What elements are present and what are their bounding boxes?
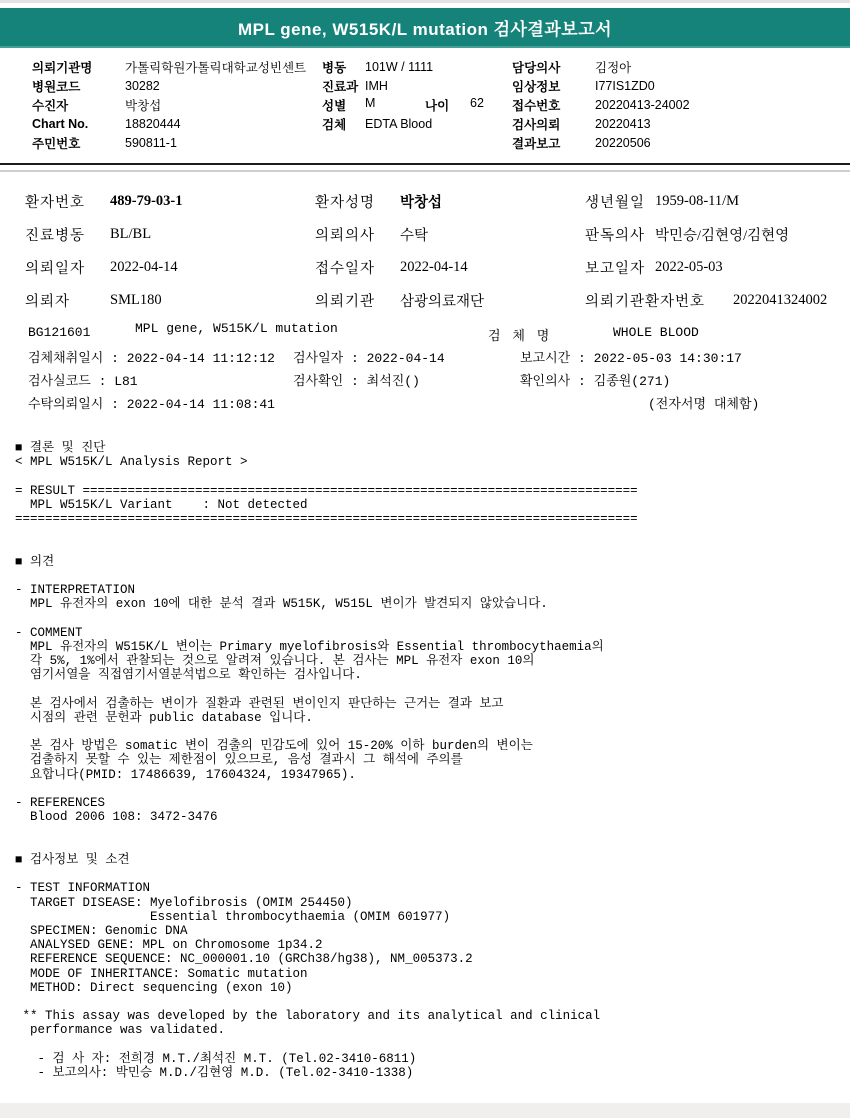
care-ward-label: 진료병동 — [25, 224, 110, 245]
report-body-text: ■ 결론 및 진단 < MPL W515K/L Analysis Report … — [15, 441, 850, 1080]
attending-doctor-value: 김정아 — [595, 58, 850, 76]
patient-row-2: 진료병동 BL/BL 의뢰의사 수탁 판독의사 박민승/김현영/김현영 — [0, 218, 850, 251]
result-report-date-value: 20220506 — [595, 136, 850, 150]
reviewing-doctor-label: 판독의사 — [585, 224, 655, 245]
requesting-doctor-value: 수탁 — [400, 224, 585, 245]
sex-value: M — [365, 96, 425, 114]
specimen-label: 검체 — [322, 115, 365, 133]
request-date-value: 2022-04-14 — [110, 259, 315, 276]
attending-doctor-label: 담당의사 — [512, 58, 595, 76]
header-info: 의뢰기관명 가톨릭학원가톨릭대학교성빈센트 병동 101W / 1111 담당의… — [0, 48, 850, 152]
test-name: MPL gene, W515K/L mutation — [135, 321, 338, 336]
patient-info: 환자번호 489-79-03-1 환자성명 박창섭 생년월일 1959-08-1… — [0, 185, 850, 317]
patient-row-4: 의뢰자 SML180 의뢰기관 삼광의료재단 의뢰기관환자번호 20220413… — [0, 284, 850, 317]
test-request-date-label: 검사의뢰 — [512, 115, 595, 133]
institution-patient-number-label: 의뢰기관환자번호 — [585, 290, 733, 311]
receipt-date-label: 접수일자 — [315, 257, 400, 278]
electronic-signature-note: (전자서명 대체함) — [648, 393, 759, 412]
age-value: 62 — [470, 96, 484, 114]
requester-value: SML180 — [110, 292, 315, 309]
requesting-org-value: 가톨릭학원가톨릭대학교성빈센트 — [125, 58, 322, 76]
header-row-chart: Chart No. 18820444 검체 EDTA Blood 검사의뢰 20… — [0, 114, 850, 133]
confirming-doctor: 확인의사 : 김종원(271) — [520, 370, 670, 389]
report-page: MPL gene, W515K/L mutation 검사결과보고서 의뢰기관명… — [0, 0, 850, 1118]
clinical-info-label: 임상정보 — [512, 77, 595, 95]
requesting-institution-value: 삼광의료재단 — [400, 290, 585, 311]
patient-name-value: 박창섭 — [400, 191, 585, 212]
header-row-hospital-code: 병원코드 30282 진료과 IMH 임상정보 I77IS1ZD0 — [0, 76, 850, 95]
sex-age-group: M 나이 62 — [365, 96, 512, 114]
section-divider-light — [0, 170, 850, 172]
reviewing-doctor-value: 박민승/김현영/김현영 — [655, 224, 850, 245]
top-divider — [0, 0, 850, 3]
sex-label: 성별 — [322, 96, 365, 114]
page-title: MPL gene, W515K/L mutation 검사결과보고서 — [238, 15, 612, 40]
report-time: 보고시간 : 2022-05-03 14:30:17 — [520, 347, 742, 366]
requesting-org-label: 의뢰기관명 — [32, 58, 125, 76]
header-row-resident-id: 주민번호 590811-1 결과보고 20220506 — [0, 133, 850, 152]
test-request-date-value: 20220413 — [595, 117, 850, 131]
patient-number-label: 환자번호 — [25, 191, 110, 212]
receipt-date-value: 2022-04-14 — [400, 259, 585, 276]
requesting-doctor-label: 의뢰의사 — [315, 224, 400, 245]
department-label: 진료과 — [322, 77, 365, 95]
institution-patient-number-value: 2022041324002 — [733, 293, 833, 308]
requester-label: 의뢰자 — [25, 290, 110, 311]
report-date-value: 2022-05-03 — [655, 259, 850, 276]
patient-row-3: 의뢰일자 2022-04-14 접수일자 2022-04-14 보고일자 202… — [0, 251, 850, 284]
department-value: IMH — [365, 79, 512, 93]
lab-code: 검사실코드 : L81 — [28, 370, 138, 389]
age-label: 나이 — [425, 96, 470, 114]
referral-datetime: 수탁의뢰일시 : 2022-04-14 11:08:41 — [28, 393, 275, 412]
birth-date-label: 생년월일 — [585, 191, 655, 212]
test-code: BG121601 — [28, 325, 90, 340]
requesting-institution-label: 의뢰기관 — [315, 290, 400, 311]
accession-number-label: 접수번호 — [512, 96, 595, 114]
patient-name-label: 환자성명 — [315, 191, 400, 212]
request-date-label: 의뢰일자 — [25, 257, 110, 278]
accession-number-value: 20220413-24002 — [595, 98, 850, 112]
test-date: 검사일자 : 2022-04-14 — [293, 347, 445, 366]
patient-row-1: 환자번호 489-79-03-1 환자성명 박창섭 생년월일 1959-08-1… — [0, 185, 850, 218]
patient-number-value: 489-79-03-1 — [110, 193, 315, 210]
chart-no-label: Chart No. — [32, 117, 125, 131]
specimen-value: EDTA Blood — [365, 117, 512, 131]
clinical-info-value: I77IS1ZD0 — [595, 79, 850, 93]
hospital-code-value: 30282 — [125, 79, 322, 93]
examinee-label: 수진자 — [32, 96, 125, 114]
ward-value: 101W / 1111 — [365, 60, 512, 74]
care-ward-value: BL/BL — [110, 226, 315, 243]
collection-datetime: 검체채취일시 : 2022-04-14 11:12:12 — [28, 347, 275, 366]
hospital-code-label: 병원코드 — [32, 77, 125, 95]
specimen-name-value: WHOLE BLOOD — [613, 325, 699, 340]
resident-id-value: 590811-1 — [125, 136, 322, 150]
result-report-date-label: 결과보고 — [512, 134, 595, 152]
header-row-examinee: 수진자 박창섭 성별 M 나이 62 접수번호 20220413-24002 — [0, 95, 850, 114]
ward-label: 병동 — [322, 58, 365, 76]
resident-id-label: 주민번호 — [32, 134, 125, 152]
test-details: BG121601 MPL gene, W515K/L mutation 검 체 … — [0, 317, 850, 419]
birth-date-value: 1959-08-11/M — [655, 193, 850, 210]
test-confirmer: 검사확인 : 최석진() — [293, 370, 420, 389]
report-date-label: 보고일자 — [585, 257, 655, 278]
title-bar: MPL gene, W515K/L mutation 검사결과보고서 — [0, 8, 850, 48]
section-divider-dark — [0, 163, 850, 165]
examinee-value: 박창섭 — [125, 96, 322, 114]
chart-no-value: 18820444 — [125, 117, 322, 131]
footer-band — [0, 1103, 850, 1118]
specimen-name-label: 검 체 명 — [488, 325, 551, 344]
header-row-org: 의뢰기관명 가톨릭학원가톨릭대학교성빈센트 병동 101W / 1111 담당의… — [0, 57, 850, 76]
